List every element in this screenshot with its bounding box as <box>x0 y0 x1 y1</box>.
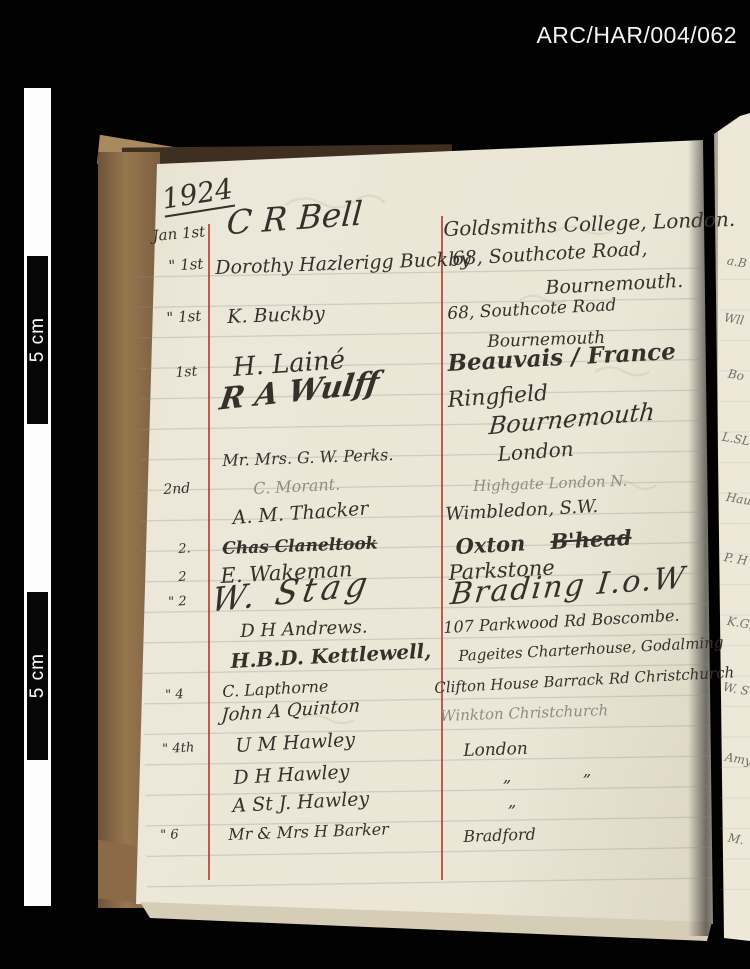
scale-label: 5 cm <box>27 317 49 362</box>
entry-name: D H Andrews. <box>240 619 368 641</box>
entry-date: 2nd <box>163 482 191 497</box>
ditto-mark: „ <box>508 794 516 810</box>
scale-segment <box>27 88 48 256</box>
entry-date: 1st <box>175 364 198 379</box>
entry-date: Jan 1st <box>152 224 206 244</box>
scale-segment: 5 cm <box>27 256 48 424</box>
entry-date: " 4 <box>165 688 184 702</box>
archive-reference-label: ARC/HAR/004/062 <box>536 22 737 49</box>
entry-name: K. Buckby <box>227 305 325 327</box>
entry-name: C R Bell <box>226 197 364 240</box>
scale-label: 5 cm <box>27 653 49 698</box>
entry-name: C. Morant. <box>253 476 341 497</box>
edge-fragment: M. <box>727 831 745 848</box>
entry-date: " 1st <box>166 309 202 326</box>
ditto-mark: „ <box>583 763 591 779</box>
entry-date: " 6 <box>160 828 179 842</box>
scale-segment <box>27 424 48 592</box>
entry-address-part: Oxton <box>455 530 526 559</box>
entry-address: Bradford <box>463 826 536 845</box>
entry-address: London <box>497 439 574 464</box>
scale-segment <box>27 760 48 906</box>
entry-address: London <box>463 741 528 760</box>
red-margin-line-right <box>441 216 443 880</box>
entry-date: " 4th <box>162 741 195 756</box>
entry-date: 2 <box>178 571 187 584</box>
ditto-mark: „ <box>503 769 511 785</box>
entry-date: 2. <box>178 542 191 556</box>
facing-page-ruled-lines <box>720 250 750 890</box>
entry-address-struck: B'head <box>550 525 632 554</box>
scale-segment: 5 cm <box>27 592 48 760</box>
archive-photo-stage: ARC/HAR/004/062 5 cm 5 cm <box>0 0 750 969</box>
red-margin-line-left <box>208 224 210 880</box>
entry-date: " 1st <box>168 257 204 274</box>
entry-date: " 2 <box>168 595 187 609</box>
scale-bar: 5 cm 5 cm <box>24 88 51 906</box>
scale-bar-segments: 5 cm 5 cm <box>27 88 48 906</box>
edge-fragment: Bo <box>727 367 745 384</box>
